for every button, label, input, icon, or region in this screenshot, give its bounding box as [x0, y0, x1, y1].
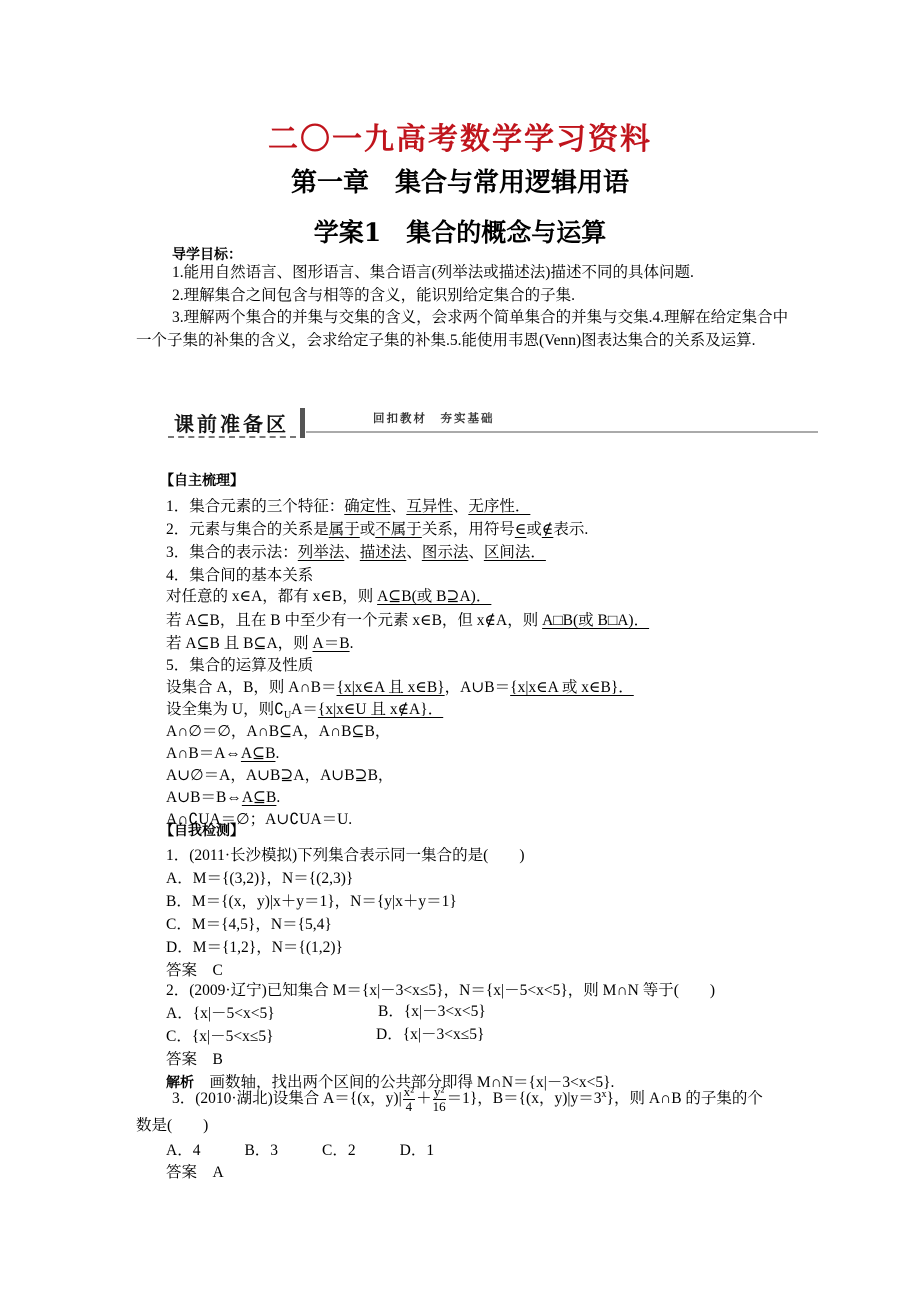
property-line: A∩∅＝∅，A∩B⊆A，A∩B⊆B，: [166, 719, 390, 741]
question-2-option-c: C．{x|－5<x≤5}: [166, 1024, 274, 1046]
goal-item: 2.理解集合之间包含与相等的含义，能识别给定集合的子集.: [136, 285, 796, 308]
answer-blank: A⊆B(或 B⊇A)．: [377, 588, 491, 605]
text: 若 A⊆B，且在 B 中至少有一个元素 x∈B，但 x∉A，则: [166, 612, 542, 629]
text: 2．元素与集合的关系是: [166, 521, 329, 538]
text: }，则 A∩B 的子集的个: [607, 1090, 763, 1107]
review-heading: 【自主梳理】: [160, 470, 244, 490]
section-banner-title: 课前准备区: [174, 408, 289, 437]
goal-item: 1.能用自然语言、图形语言、集合语言(列举法或描述法)描述不同的具体问题.: [136, 262, 796, 285]
fraction: x²4: [403, 1085, 415, 1114]
question-2-option-a: A．{x|－5<x<5}: [166, 1001, 275, 1023]
question-2-answer: 答案 B: [166, 1047, 223, 1069]
section-banner: 课前准备区 回扣教材 夯实基础: [168, 404, 818, 440]
question-3-answer: 答案 A: [166, 1160, 224, 1182]
text: 3．(2010·湖北)设集合 A＝{(x，y)|: [172, 1090, 402, 1107]
property-line: A∪∅＝A，A∪B⊇A，A∪B⊇B，: [166, 763, 393, 785]
answer-blank: 描述法: [360, 544, 407, 561]
text: 表示.: [553, 521, 588, 538]
review-item-4-line-3: 若 A⊆B 且 B⊆A，则 A＝B.: [166, 631, 353, 653]
question-3-stem: 3．(2010·湖北)设集合 A＝{(x，y)|x²4＋y²16＝1}，B＝{(…: [172, 1080, 763, 1114]
option: D．1: [400, 1142, 434, 1159]
answer-value: A: [213, 1164, 224, 1181]
numerator: x²: [403, 1085, 415, 1100]
text: A∪B＝B⇔: [166, 789, 242, 806]
goals-heading: 导学目标：: [172, 244, 242, 264]
answer-blank: 不属于: [375, 521, 422, 538]
text: 或: [526, 521, 542, 538]
answer-blank: ∈: [515, 521, 526, 538]
denominator: 4: [403, 1100, 415, 1114]
answer-blank: 区间法．: [484, 544, 546, 561]
answer-blank: A□B(或 B□A)．: [542, 612, 649, 629]
banner-rule: [306, 431, 818, 433]
answer-blank: ∉: [542, 521, 553, 538]
property-line: A∪B＝B⇔A⊆B.: [166, 785, 280, 807]
text: 关系，用符号: [422, 521, 515, 538]
answer-blank: {x|x∈A 或 x∈B}．: [510, 679, 634, 696]
chapter-title: 第一章 集合与常用逻辑用语: [0, 162, 920, 199]
question-1-answer: 答案 C: [166, 958, 223, 980]
text: 1．集合元素的三个特征：: [166, 498, 344, 515]
denominator: 16: [433, 1100, 446, 1114]
section-banner-subtitle: 回扣教材 夯实基础: [373, 410, 495, 426]
answer-blank: A＝B: [313, 635, 350, 652]
question-1-stem: 1．(2011·长沙模拟)下列集合表示同一集合的是( ): [166, 843, 524, 865]
answer-blank: 属于: [329, 521, 360, 538]
answer-label: 答案: [166, 1051, 197, 1068]
text: ＋: [416, 1090, 432, 1107]
answer-blank: 互异性: [406, 498, 453, 515]
answer-blank: {x|x∈A 且 x∈B}: [337, 679, 445, 696]
option: C．2: [322, 1142, 356, 1159]
option: A．4: [166, 1142, 200, 1159]
review-item-5-line-1: 设集合 A，B，则 A∩B＝{x|x∈A 且 x∈B}，A∪B＝{x|x∈A 或…: [166, 675, 634, 697]
question-1-option-d: D．M＝{1,2}，N＝{(1,2)}: [166, 935, 343, 957]
review-item-4-line-2: 若 A⊆B，且在 B 中至少有一个元素 x∈B，但 x∉A，则 A□B(或 B□…: [166, 608, 649, 630]
answer-blank: {x|x∈U 且 x∉A}．: [318, 701, 443, 718]
text: 设集合 A，B，则 A∩B＝: [166, 679, 337, 696]
lesson-title: 学案1 集合的概念与运算: [0, 213, 920, 249]
banner-divider-bar: [300, 408, 305, 438]
text: 若 A⊆B 且 B⊆A，则: [166, 635, 313, 652]
text: ＝1}，B＝{(x，y)|y＝3: [447, 1090, 602, 1107]
question-2-stem: 2．(2009·辽宁)已知集合 M＝{x|－3<x≤5}，N＝{x|－5<x<5…: [166, 978, 715, 1000]
review-item-4: 4．集合间的基本关系: [166, 563, 313, 585]
question-1-option-c: C．M＝{4,5}，N＝{5,4}: [166, 912, 332, 934]
property-line: A∩B＝A⇔A⊆B.: [166, 741, 279, 763]
answer-value: B: [213, 1051, 223, 1068]
answer-blank: 无序性．: [468, 498, 530, 515]
option: B．3: [244, 1142, 278, 1159]
answer-label: 答案: [166, 1164, 197, 1181]
goal-item: 3.理解两个集合的并集与交集的含义，会求两个简单集合的并集与交集.4.理解在给定…: [136, 307, 796, 352]
review-item-5: 5．集合的运算及性质: [166, 653, 313, 675]
text: 3．集合的表示法：: [166, 544, 298, 561]
text: A＝: [291, 701, 318, 718]
goals-list: 1.能用自然语言、图形语言、集合语言(列举法或描述法)描述不同的具体问题. 2.…: [136, 262, 796, 352]
review-item-4-line-1: 对任意的 x∈A，都有 x∈B，则 A⊆B(或 B⊇A)．: [166, 584, 491, 606]
question-1-option-b: B．M＝{(x，y)|x＋y＝1}，N＝{y|x＋y＝1}: [166, 889, 457, 911]
question-2-option-d: D．{x|－3<x≤5}: [376, 1024, 484, 1046]
question-3-stem-cont: 数是( ): [136, 1115, 208, 1137]
text: A∩B＝A⇔: [166, 745, 241, 762]
text: 设全集为 U，则∁: [166, 701, 284, 718]
text: ，A∪B＝: [445, 679, 511, 696]
question-1-option-a: A．M＝{(3,2)}，N＝{(2,3)}: [166, 866, 353, 888]
text: 对任意的 x∈A，都有 x∈B，则: [166, 588, 377, 605]
answer-blank: A⊆B: [241, 745, 276, 762]
question-2-option-b: B．{x|－3<x<5}: [378, 1001, 486, 1023]
banner-dashed-underline: [168, 436, 296, 438]
numerator: y²: [433, 1085, 446, 1100]
selftest-heading: 【自我检测】: [160, 820, 244, 840]
answer-blank: 列举法: [298, 544, 345, 561]
review-item-2: 2．元素与集合的关系是属于或不属于关系，用符号∈或∉表示.: [166, 517, 588, 539]
answer-value: C: [213, 962, 223, 979]
review-item-5-line-2: 设全集为 U，则∁UA＝{x|x∈U 且 x∉A}．: [166, 697, 443, 721]
review-item-1: 1．集合元素的三个特征：确定性、互异性、无序性．: [166, 494, 530, 516]
answer-blank: A⊆B: [242, 789, 277, 806]
text: 或: [360, 521, 376, 538]
answer-label: 答案: [166, 962, 197, 979]
document-banner-title: 二〇一九高考数学学习资料: [0, 114, 920, 158]
answer-blank: 确定性: [344, 498, 391, 515]
review-item-3: 3．集合的表示法：列举法、描述法、图示法、区间法．: [166, 540, 546, 562]
fraction: y²16: [433, 1085, 446, 1114]
question-3-options: A．4B．3C．2D．1: [166, 1138, 434, 1160]
answer-blank: 图示法: [422, 544, 469, 561]
